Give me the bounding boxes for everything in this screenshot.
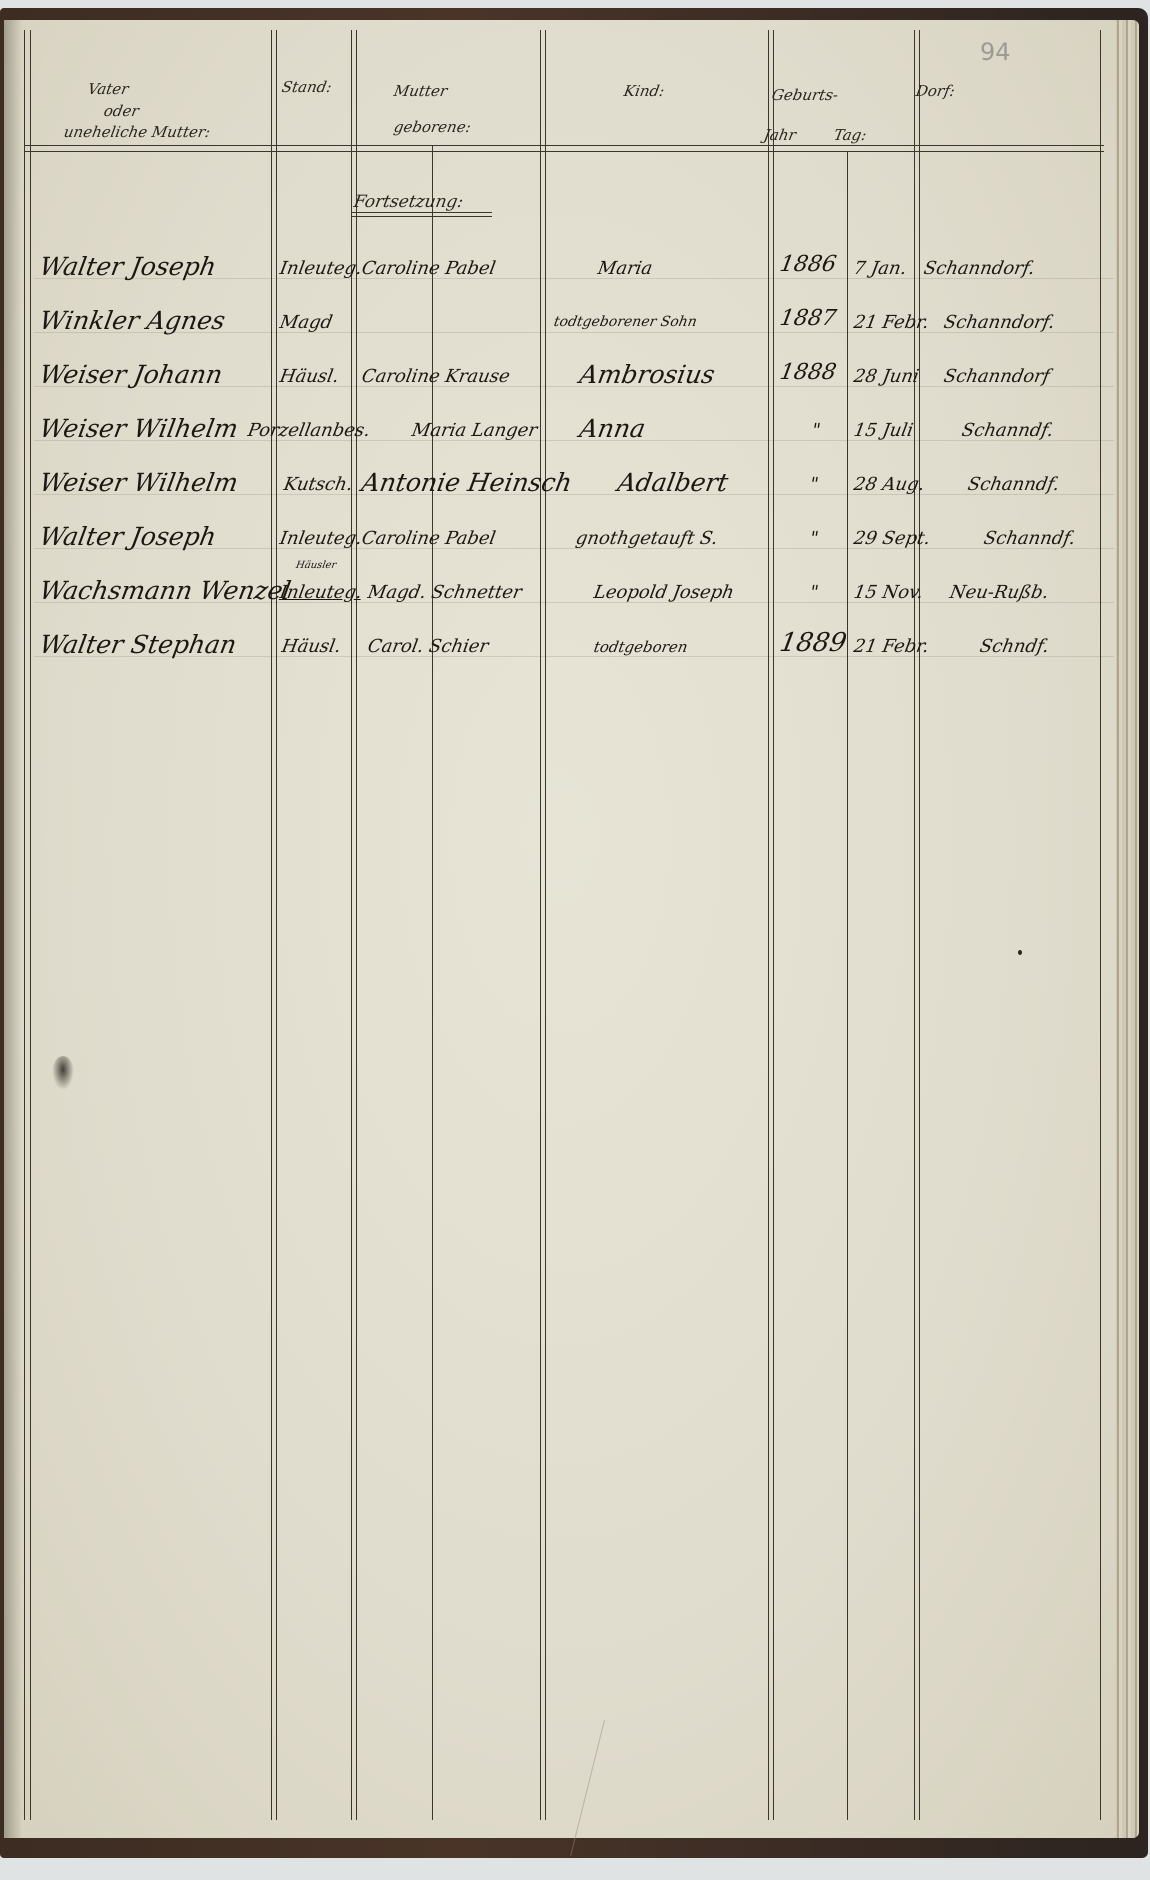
cell-father: Weiser Johann <box>37 360 224 389</box>
cell-child: Ambrosius <box>577 360 717 389</box>
cell-status: Magd <box>278 312 334 333</box>
cell-year: 1887 <box>778 306 838 331</box>
ink-speck <box>1018 950 1022 955</box>
cell-mother: Antonie Heinsch <box>359 468 574 497</box>
cell-mother: Carol. Schier <box>366 636 490 657</box>
column-divider <box>271 30 272 1820</box>
cell-village: Schanndorf. <box>942 312 1056 333</box>
header-birth-day: Tag: <box>832 126 868 144</box>
cell-child: todtgeborener Sohn <box>553 314 699 330</box>
cell-village: Schanndf. <box>982 528 1077 549</box>
header-child: Kind: <box>622 82 666 100</box>
header-rule <box>24 145 1104 146</box>
header-rule <box>24 151 1104 152</box>
cell-status: Inleuteg. <box>278 258 364 279</box>
column-divider <box>432 145 433 1820</box>
cell-father: Weiser Wilhelm <box>37 414 240 443</box>
cell-mother: Caroline Krause <box>360 366 511 387</box>
cell-mother: Magd. Schnetter <box>366 582 523 603</box>
cell-year: " <box>810 420 822 441</box>
cell-year: " <box>808 582 820 603</box>
cell-mother: Maria Langer <box>410 420 539 441</box>
cell-father: Weiser Wilhelm <box>37 468 240 497</box>
column-divider <box>768 30 769 1820</box>
column-divider <box>914 30 915 1820</box>
cell-father: Walter Joseph <box>37 522 218 551</box>
cell-child: Adalbert <box>615 468 730 497</box>
cell-child: Maria <box>596 258 654 279</box>
cell-village: Schanndorf. <box>922 258 1036 279</box>
header-father-line2: oder <box>102 102 140 120</box>
cell-year: 1886 <box>778 252 838 277</box>
cell-child: Leopold Joseph <box>592 582 736 603</box>
ink-stain <box>52 1056 74 1090</box>
column-divider <box>351 30 352 1820</box>
cell-day: 15 Juli <box>852 420 915 441</box>
cell-year: " <box>808 528 820 549</box>
cell-father: Walter Stephan <box>37 630 238 659</box>
cell-father: Walter Joseph <box>37 252 218 281</box>
cell-status: Häusl. <box>278 366 340 387</box>
cell-child: gnothgetauft S. <box>574 528 719 549</box>
cell-status-note: Häusler <box>295 560 337 571</box>
cell-village: Schanndorf <box>942 366 1051 387</box>
cell-day: 21 Febr. <box>852 636 930 657</box>
cell-child: Anna <box>577 414 647 443</box>
column-divider <box>1100 30 1101 1820</box>
column-divider <box>356 30 357 1820</box>
column-divider <box>773 30 774 1820</box>
folio-number: 94 <box>980 38 1011 66</box>
header-mother-line2: geborene: <box>392 118 472 136</box>
cell-village: Schndf. <box>978 636 1051 657</box>
cell-status: Inleuteg. <box>278 582 364 603</box>
column-divider <box>276 30 277 1820</box>
cell-day: 21 Febr. <box>852 312 930 333</box>
header-birth-year: Jahr <box>762 126 797 144</box>
column-divider <box>919 30 920 1820</box>
cell-status: Porzellanbes. <box>246 420 372 441</box>
cell-year: 1888 <box>778 360 838 385</box>
paper-crease <box>570 1720 606 1856</box>
cell-status: Kutsch. <box>282 474 354 495</box>
header-village: Dorf: <box>914 82 956 100</box>
header-birth: Geburts- <box>770 86 839 104</box>
cell-day: 7 Jan. <box>852 258 908 279</box>
column-divider <box>847 151 848 1820</box>
section-heading-underline <box>352 212 492 213</box>
header-father-line3: uneheliche Mutter: <box>62 123 211 141</box>
cell-village: Schanndf. <box>960 420 1055 441</box>
header-mother-line1: Mutter <box>392 82 448 100</box>
cell-mother: Caroline Pabel <box>360 258 497 279</box>
cell-status: Häusl. <box>280 636 342 657</box>
header-father-line1: Vater <box>86 80 130 98</box>
margin-line <box>24 30 25 1820</box>
cell-day: 28 Aug. <box>852 474 926 495</box>
cell-year: 1889 <box>777 628 848 658</box>
cell-village: Neu-Rußb. <box>948 582 1050 603</box>
cell-father: Winkler Agnes <box>37 306 227 335</box>
cell-child: todtgeboren <box>592 638 689 656</box>
spine-shadow <box>4 20 22 1838</box>
column-divider <box>545 30 546 1820</box>
section-heading-underline <box>352 216 492 217</box>
cell-day: 28 Juni <box>852 366 920 387</box>
header-status: Stand: <box>280 78 333 96</box>
cell-father: Wachsmann Wenzel <box>37 576 293 605</box>
cell-day: 15 Nov. <box>852 582 925 603</box>
column-divider <box>540 30 541 1820</box>
margin-line <box>30 30 31 1820</box>
cell-status: Inleuteg. <box>278 528 364 549</box>
cell-village: Schanndf. <box>966 474 1061 495</box>
cell-year: " <box>808 474 820 495</box>
section-heading: Fortsetzung: <box>352 192 465 212</box>
cell-mother: Caroline Pabel <box>360 528 497 549</box>
register-page: 94 Vater oder uneheliche Mutter: Stand: … <box>4 20 1116 1838</box>
cell-day: 29 Sept. <box>852 528 932 549</box>
